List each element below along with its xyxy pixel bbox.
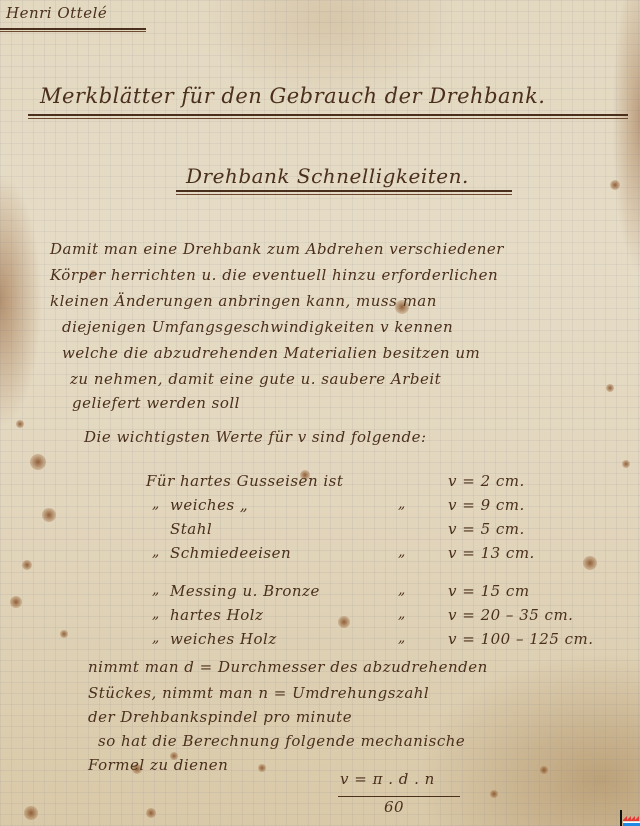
- speed-value: v = 15 cm: [448, 582, 530, 600]
- section-underline: [176, 194, 512, 195]
- closing-line: nimmt man d = Durchmesser des abzudrehen…: [88, 658, 488, 676]
- table-row: „ hartes Holz „ v = 20 – 35 cm.: [0, 606, 640, 632]
- author-underline: [0, 28, 146, 30]
- closing-line: der Drehbankspindel pro minute: [88, 708, 352, 726]
- paragraph-line: Damit man eine Drehbank zum Abdrehen ver…: [50, 240, 504, 258]
- section-heading: Drehbank Schnelligkeiten.: [186, 164, 469, 188]
- stain-spot: [16, 420, 24, 428]
- ditto-mark: „: [398, 630, 406, 646]
- speed-value: v = 13 cm.: [448, 544, 535, 562]
- stain-spot: [606, 384, 614, 392]
- factory-logo-icon: [620, 810, 640, 826]
- paragraph-line: geliefert werden soll: [72, 394, 240, 412]
- table-row: „ weiches Holz „ v = 100 – 125 cm.: [0, 630, 640, 656]
- author-name: Henri Ottelé: [6, 4, 107, 22]
- author-underline: [0, 31, 146, 32]
- speed-value: v = 20 – 35 cm.: [448, 606, 573, 624]
- graph-paper-grid: [0, 0, 640, 826]
- table-row: Stahl v = 5 cm.: [0, 520, 640, 546]
- title-underline: [28, 114, 628, 116]
- paragraph-line: welche die abzudrehenden Materialien bes…: [62, 344, 480, 362]
- material-label: weiches „: [170, 496, 248, 514]
- document-title: Merkblätter für den Gebrauch der Drehban…: [40, 84, 545, 108]
- closing-line: Stückes, nimmt man n = Umdrehungszahl: [88, 684, 429, 702]
- ditto-mark: „: [152, 606, 160, 622]
- material-label: Für hartes Gusseisen ist: [146, 472, 343, 490]
- stain-spot: [540, 766, 548, 774]
- stain-spot: [490, 790, 498, 798]
- section-underline: [176, 190, 512, 192]
- material-label: Stahl: [170, 520, 212, 538]
- speed-value: v = 9 cm.: [448, 496, 525, 514]
- closing-line: Formel zu dienen: [88, 756, 228, 774]
- table-row: Für hartes Gusseisen ist v = 2 cm.: [0, 472, 640, 498]
- speed-value: v = 100 – 125 cm.: [448, 630, 594, 648]
- ditto-mark: „: [152, 630, 160, 646]
- paragraph-line: zu nehmen, damit eine gute u. saubere Ar…: [70, 370, 441, 388]
- table-row: „ weiches „ „ v = 9 cm.: [0, 496, 640, 522]
- ditto-mark: „: [398, 582, 406, 598]
- formula-denominator: 60: [384, 798, 404, 816]
- stain-spot: [610, 180, 620, 190]
- ditto-mark: „: [152, 544, 160, 560]
- speed-value: v = 2 cm.: [448, 472, 525, 490]
- formula-numerator: v = π . d . n: [340, 770, 435, 788]
- stain-spot: [622, 460, 630, 468]
- ditto-mark: „: [398, 496, 406, 512]
- material-label: hartes Holz: [170, 606, 263, 624]
- paragraph-line: kleinen Änderungen anbringen kann, muss …: [50, 292, 437, 310]
- ditto-mark: „: [152, 496, 160, 512]
- stain-spot: [258, 764, 266, 772]
- table-row: „ Schmiedeeisen „ v = 13 cm.: [0, 544, 640, 570]
- intro-line: Die wichtigsten Werte für v sind folgend…: [84, 428, 427, 446]
- stain-spot: [146, 808, 156, 818]
- fraction-bar: [338, 796, 460, 797]
- material-label: Schmiedeeisen: [170, 544, 291, 562]
- paragraph-line: diejenigen Umfangsgeschwindigkeiten v ke…: [62, 318, 453, 336]
- speed-value: v = 5 cm.: [448, 520, 525, 538]
- ditto-mark: „: [398, 606, 406, 622]
- stain-spot: [30, 454, 46, 470]
- stain-spot: [24, 806, 38, 820]
- table-row: „ Messing u. Bronze „ v = 15 cm: [0, 582, 640, 608]
- material-label: weiches Holz: [170, 630, 277, 648]
- title-underline: [28, 118, 628, 119]
- ditto-mark: „: [152, 582, 160, 598]
- material-label: Messing u. Bronze: [170, 582, 320, 600]
- closing-line: so hat die Berechnung folgende mechanisc…: [98, 732, 465, 750]
- paragraph-line: Körper herrichten u. die eventuell hinzu…: [50, 266, 498, 284]
- ditto-mark: „: [398, 544, 406, 560]
